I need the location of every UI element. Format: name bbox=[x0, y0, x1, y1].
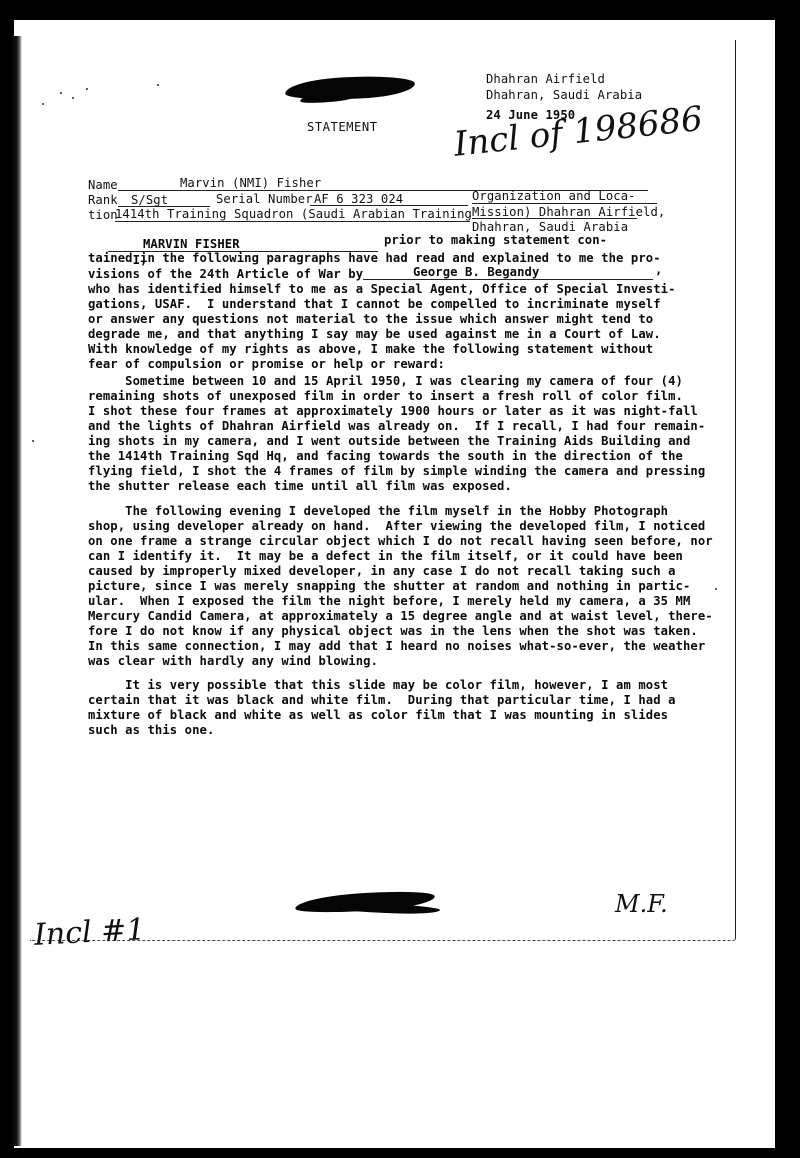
rights-line-4: gations, USAF. I understand that I canno… bbox=[88, 297, 661, 312]
org-underline-1b bbox=[472, 203, 657, 204]
p2-line-6: ular. When I exposed the film the night … bbox=[88, 594, 690, 609]
rank-label: Rank bbox=[88, 193, 118, 208]
scan-speck bbox=[60, 92, 62, 94]
scan-edge-shadow bbox=[0, 20, 8, 1150]
rights-line-3: who has identified himself to me as a Sp… bbox=[88, 282, 676, 297]
p3-line-3: such as this one. bbox=[88, 723, 214, 738]
statement-maker-name: MARVIN FISHER bbox=[143, 237, 240, 252]
rights-line-6: degrade me, and that anything I say may … bbox=[88, 327, 661, 342]
scanned-page: Dhahran Airfield Dhahran, Saudi Arabia 2… bbox=[0, 0, 800, 1158]
p1-line-7: the shutter release each time until all … bbox=[88, 479, 512, 494]
serial-underline bbox=[310, 205, 468, 206]
p3-line-1: certain that it was black and white film… bbox=[88, 693, 676, 708]
p2-line-10: was clear with hardly any wind blowing. bbox=[88, 654, 378, 669]
scan-speck bbox=[42, 103, 44, 105]
p3-line-0: It is very possible that this slide may … bbox=[88, 678, 668, 693]
p1-line-6: flying field, I shot the 4 frames of fil… bbox=[88, 464, 705, 479]
document-title: STATEMENT bbox=[307, 120, 378, 135]
p1-line-3: and the lights of Dhahran Airfield was a… bbox=[88, 419, 705, 434]
p1-line-4: ing shots in my camera, and I went outsi… bbox=[88, 434, 690, 449]
serial-label: Serial Number bbox=[216, 192, 313, 207]
org-label-line1: Organization and Loca- bbox=[472, 189, 636, 204]
scan-binding-shadow bbox=[10, 36, 22, 1146]
investigator-name: George B. Begandy bbox=[413, 265, 539, 280]
p1-line-5: the 1414th Training Sqd Hq, and facing t… bbox=[88, 449, 683, 464]
rights-line-5: or answer any questions not material to … bbox=[88, 312, 653, 327]
p2-line-7: Mercury Candid Camera, at approximately … bbox=[88, 609, 713, 624]
org-label-line2: tion bbox=[88, 208, 118, 223]
p2-line-2: on one frame a strange circular object w… bbox=[88, 534, 713, 549]
scan-speck bbox=[157, 84, 159, 86]
initials-signature: M.F. bbox=[615, 890, 668, 918]
header-location-line2: Dhahran, Saudi Arabia bbox=[486, 88, 642, 103]
rights-line-8: fear of compulsion or promise or help or… bbox=[88, 357, 445, 372]
rights-line-1: tained in the following paragraphs have … bbox=[88, 251, 661, 266]
rights-line-2-post: , bbox=[655, 263, 662, 278]
p2-line-4: caused by improperly mixed developer, in… bbox=[88, 564, 676, 579]
p1-line-1: remaining shots of unexposed film in ord… bbox=[88, 389, 683, 404]
scan-speck bbox=[32, 440, 34, 442]
p1-line-0: Sometime between 10 and 15 April 1950, I… bbox=[88, 374, 683, 389]
org-underline-1 bbox=[115, 221, 470, 222]
rights-line-0-post: prior to making statement con- bbox=[384, 233, 607, 248]
header-location-line1: Dhahran Airfield bbox=[486, 72, 605, 87]
enclosure-mark: Incl #1 bbox=[33, 912, 146, 953]
investigator-underline bbox=[363, 279, 653, 280]
name-value: Marvin (NMI) Fisher bbox=[180, 176, 321, 191]
p1-line-2: I shot these four frames at approximatel… bbox=[88, 404, 698, 419]
org-value-line1: 1414th Training Squadron (Saudi Arabian … bbox=[115, 207, 472, 222]
rights-line-2-pre: visions of the 24th Article of War by bbox=[88, 267, 371, 282]
name-label: Name bbox=[88, 178, 118, 193]
scan-speck bbox=[86, 88, 88, 90]
scan-speck bbox=[715, 588, 717, 590]
p3-line-2: mixture of black and white as well as co… bbox=[88, 708, 668, 723]
p2-line-8: fore I do not know if any physical objec… bbox=[88, 624, 698, 639]
rights-line-7: With knowledge of my rights as above, I … bbox=[88, 342, 653, 357]
p2-line-1: shop, using developer already on hand. A… bbox=[88, 519, 705, 534]
scan-speck bbox=[72, 97, 74, 99]
p2-line-0: The following evening I developed the fi… bbox=[88, 504, 668, 519]
p2-line-5: picture, since I was merely snapping the… bbox=[88, 579, 690, 594]
p2-line-9: In this same connection, I may add that … bbox=[88, 639, 705, 654]
p2-line-3: can I identify it. It may be a defect in… bbox=[88, 549, 683, 564]
org-underline-2 bbox=[472, 218, 637, 219]
